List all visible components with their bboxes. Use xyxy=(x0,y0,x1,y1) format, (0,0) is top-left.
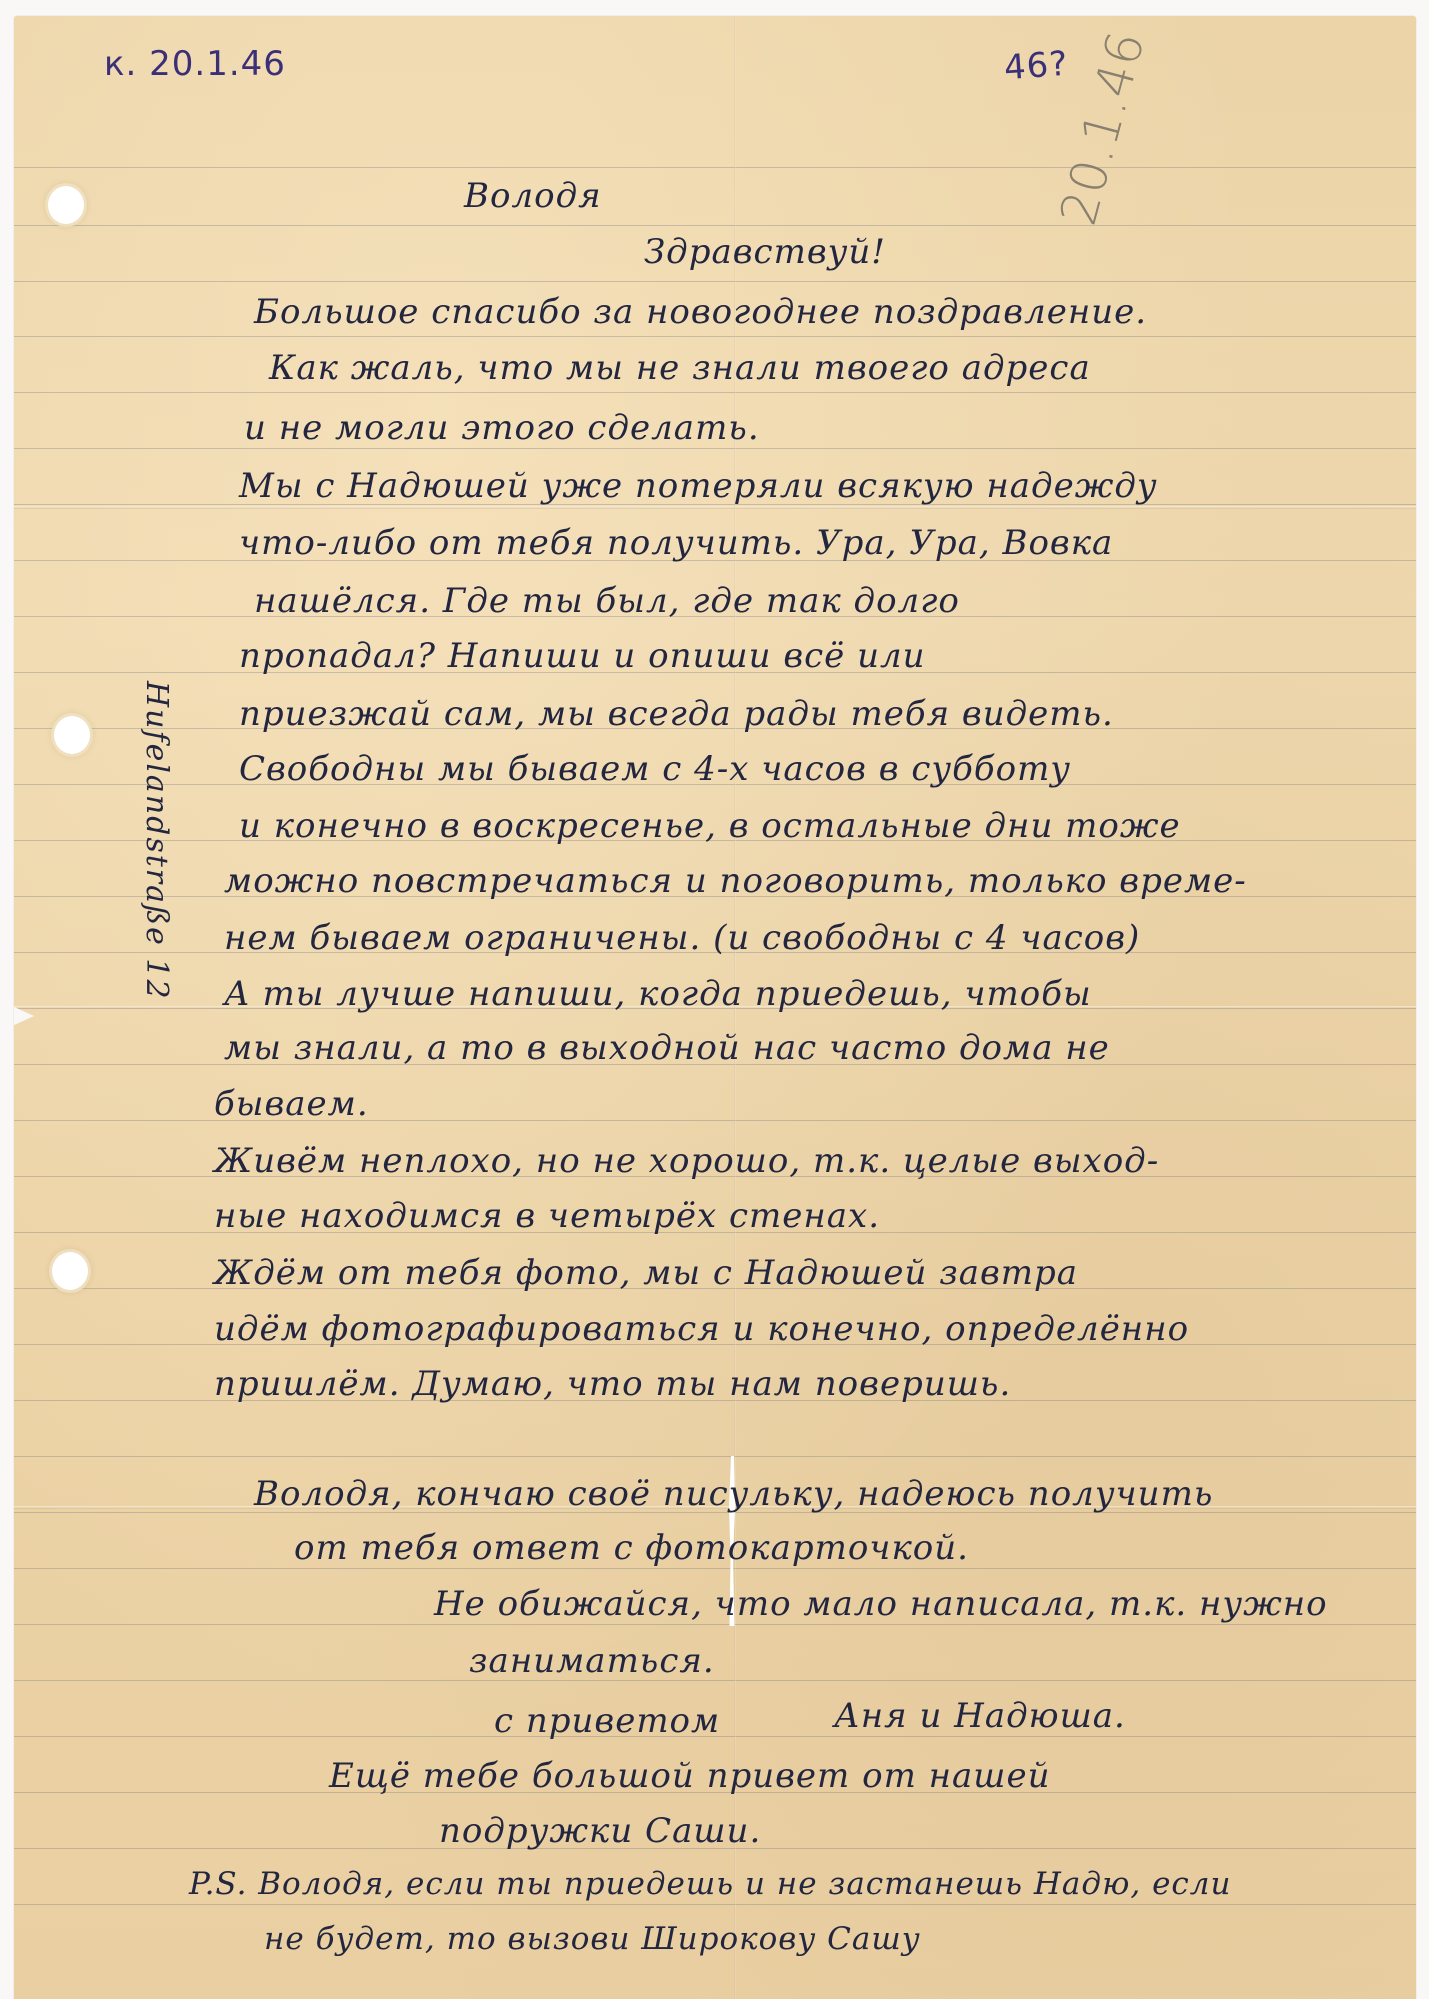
ruling-line xyxy=(14,1904,1416,1905)
letter-line: нем бываем ограничены. (и свободны с 4 ч… xyxy=(224,918,1140,958)
letter-line: Большое спасибо за новогоднее поздравлен… xyxy=(254,292,1147,332)
closing-line: от тебя ответ с фотокарточкой. xyxy=(294,1528,969,1568)
ruling-line xyxy=(14,1680,1416,1681)
letter-line: А ты лучше напиши, когда приедешь, чтобы xyxy=(224,974,1092,1014)
letter-sheet: к. 20.1.46 46? 20.1.46 Hufelandstraße 12… xyxy=(14,16,1416,1999)
postscript-line: не будет, то вызови Широкову Сашу xyxy=(264,1921,921,1957)
closing-line: Не обижайся, что мало написала, т.к. нуж… xyxy=(434,1584,1328,1624)
letter-line: нашёлся. Где ты был, где так долго xyxy=(254,581,960,621)
ruling-line xyxy=(14,167,1416,168)
ruling-line xyxy=(14,225,1416,226)
margin-address: Hufelandstraße 12 xyxy=(139,681,174,1001)
letter-line: Как жаль, что мы не знали твоего адреса xyxy=(269,348,1091,388)
punch-hole xyxy=(52,1252,88,1290)
ruling-line xyxy=(14,392,1416,393)
ruling-line xyxy=(14,1568,1416,1569)
scan-background: к. 20.1.46 46? 20.1.46 Hufelandstraße 12… xyxy=(0,0,1429,1999)
ruling-line xyxy=(14,281,1416,282)
signature: Аня и Надюша. xyxy=(834,1696,1126,1736)
punch-hole xyxy=(54,716,90,754)
letter-line: Свободны мы бываем с 4-х часов в субботу xyxy=(239,749,1071,789)
archive-mark: к. 20.1.46 xyxy=(104,44,286,84)
letter-line: и не могли этого сделать. xyxy=(244,408,760,448)
signoff: с приветом xyxy=(494,1701,720,1741)
letter-line: можно повстречаться и поговорить, только… xyxy=(224,861,1247,901)
letter-line: что-либо от тебя получить. Ура, Ура, Вов… xyxy=(239,523,1113,563)
salutation: Володя xyxy=(464,176,602,216)
ruling-line xyxy=(14,1624,1416,1625)
letter-line: пропадал? Напиши и опиши всё или xyxy=(239,636,926,676)
regards-line: подружки Саши. xyxy=(439,1811,761,1851)
closing-line: Володя, кончаю своё писульку, надеюсь по… xyxy=(254,1474,1213,1514)
paper-fold xyxy=(14,506,1416,509)
closing-line: заниматься. xyxy=(469,1641,715,1681)
regards-line: Ещё тебе большой привет от нашей xyxy=(329,1756,1051,1796)
postscript-line: P.S. Володя, если ты приедешь и не заста… xyxy=(189,1866,1231,1902)
letter-line: Ждём от тебя фото, мы с Надюшей завтра xyxy=(214,1253,1078,1293)
ruling-line xyxy=(14,1456,1416,1457)
letter-line: пришлём. Думаю, что ты нам поверишь. xyxy=(214,1364,1011,1404)
letter-line: бываем. xyxy=(214,1084,369,1124)
letter-line: приезжай сам, мы всегда рады тебя видеть… xyxy=(239,694,1114,734)
edge-notch xyxy=(14,1006,34,1026)
letter-line: ные находимся в четырёх стенах. xyxy=(214,1196,880,1236)
punch-hole xyxy=(48,186,84,224)
archive-number: 46? xyxy=(1003,44,1070,88)
letter-line: мы знали, а то в выходной нас часто дома… xyxy=(224,1028,1110,1068)
letter-line: и конечно в воскресенье, в остальные дни… xyxy=(239,806,1181,846)
ruling-line xyxy=(14,448,1416,449)
ruling-line xyxy=(14,336,1416,337)
greeting: Здравствуй! xyxy=(644,232,886,272)
letter-line: идём фотографироваться и конечно, опреде… xyxy=(214,1309,1189,1349)
letter-line: Мы с Надюшей уже потеряли всякую надежду xyxy=(239,466,1158,506)
letter-line: Живём неплохо, но не хорошо, т.к. целые … xyxy=(214,1141,1159,1181)
